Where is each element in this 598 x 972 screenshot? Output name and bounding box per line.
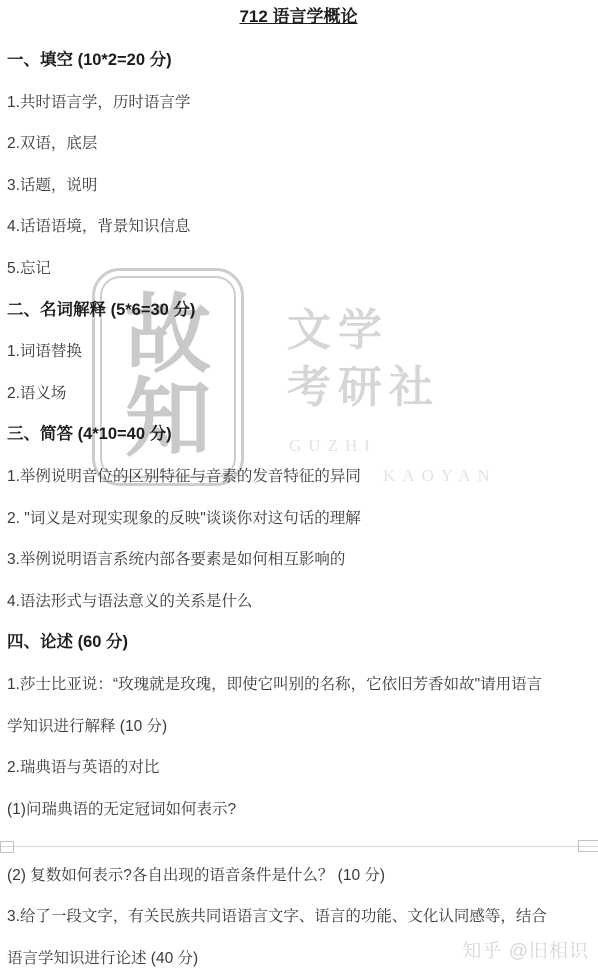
text-line: 学知识进行解释 (10 分) (7, 716, 590, 737)
text-line: 4.语法形式与语法意义的关系是什么 (7, 591, 590, 612)
text-line: 2.语义场 (7, 383, 590, 404)
text-line: 1.举例说明音位的区别特征与音素的发音特征的异同 (7, 466, 590, 487)
text-line: 5.忘记 (7, 258, 590, 279)
exam-document-page: { "colors": { "body_text": "#3a3a3a", "h… (0, 0, 598, 972)
page-break (0, 840, 598, 854)
page-break-right-mark (578, 840, 598, 852)
attribution-watermark: 知乎 @旧相识 (462, 936, 589, 963)
page-break-left-mark (0, 841, 14, 853)
text-line: 3.举例说明语言系统内部各要素是如何相互影响的 (7, 549, 590, 570)
text-line: 2.瑞典语与英语的对比 (7, 757, 590, 778)
text-line: (1)问瑞典语的无定冠词如何表示? (7, 799, 590, 820)
section-heading: 三、简答 (4*10=40 分) (7, 424, 590, 445)
text-line: (2) 复数如何表示?各自出现的语音条件是什么？ (10 分) (7, 865, 590, 886)
document-body: 712 语言学概论一、填空 (10*2=20 分)1.共时语言学，历时语言学2.… (0, 0, 598, 972)
page-break-line (0, 846, 598, 847)
section-heading: 二、名词解释 (5*6=30 分) (7, 300, 590, 321)
section-heading: 四、论述 (60 分) (7, 632, 590, 653)
text-line: 2. "词义是对现实现象的反映"谈谈你对这句话的理解 (7, 508, 590, 529)
doc-title: 712 语言学概论 (7, 6, 590, 28)
section-heading: 一、填空 (10*2=20 分) (7, 50, 590, 71)
text-line: 1.共时语言学，历时语言学 (7, 92, 590, 113)
text-line: 3.给了一段文字，有关民族共同语语言文字、语言的功能、文化认同感等，结合 (7, 906, 590, 927)
text-line: 2.双语，底层 (7, 133, 590, 154)
text-line: 4.话语语境，背景知识信息 (7, 216, 590, 237)
text-line: 3.话题，说明 (7, 175, 590, 196)
text-line: 1.莎士比亚说：“玫瑰就是玫瑰，即使它叫别的名称，它依旧芳香如故"请用语言 (7, 674, 590, 695)
text-line: 1.词语替换 (7, 341, 590, 362)
